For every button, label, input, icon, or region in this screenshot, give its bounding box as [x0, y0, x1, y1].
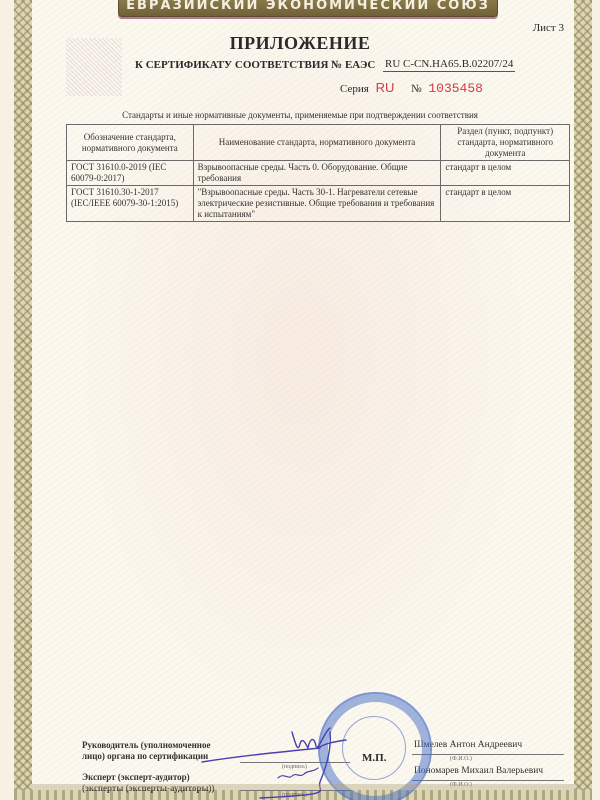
head-label-line2: лицо) органа по сертификации [82, 751, 215, 762]
cell-name: Взрывоопасные среды. Часть 0. Оборудован… [193, 161, 441, 186]
series-label: Серия [340, 83, 369, 95]
expert-name: Пономарев Михаил Валерьевич [414, 766, 543, 776]
cell-name: "Взрывоопасные среды. Часть 30-1. Нагрев… [193, 186, 441, 222]
stamp-place-label: М.П. [362, 752, 386, 764]
table-row: ГОСТ 31610.30-1-2017 (IEC/IEEE 60079-30-… [67, 186, 570, 222]
cell-designation: ГОСТ 31610.30-1-2017 (IEC/IEEE 60079-30-… [67, 186, 194, 222]
cell-section: стандарт в целом [441, 186, 570, 222]
standards-table: Обозначение стандарта, нормативного доку… [66, 124, 570, 222]
cell-section: стандарт в целом [441, 161, 570, 186]
decorative-border-left [14, 0, 32, 800]
certificate-line: К СЕРТИФИКАТУ СООТВЕТСТВИЯ № ЕАЭС [135, 59, 375, 71]
table-row: ГОСТ 31610.0-2019 (IEC 60079-0:2017) Взр… [67, 161, 570, 186]
series-code: RU [376, 80, 395, 95]
column-header-name: Наименование стандарта, нормативного док… [193, 125, 441, 161]
column-header-section: Раздел (пункт, подпункт) стандарта, норм… [441, 125, 570, 161]
union-banner: ЕВРАЗИЙСКИЙ ЭКОНОМИЧЕСКИЙ СОЮЗ [118, 0, 498, 17]
page-bottom-edge [32, 784, 574, 790]
stamp-inner-ring [342, 716, 406, 780]
table-header-row: Обозначение стандарта, нормативного доку… [67, 125, 570, 161]
column-header-designation: Обозначение стандарта, нормативного доку… [67, 125, 194, 161]
table-caption: Стандарты и иные нормативные документы, … [0, 110, 600, 120]
certificate-number: RU C-CN.НА65.В.02207/24 [383, 58, 515, 72]
expert-label-line1: Эксперт (эксперт-аудитор) [82, 772, 215, 783]
series-line: Серия RU № 1035458 [340, 80, 483, 96]
serial-label: № [411, 83, 422, 95]
decorative-border-right [574, 0, 592, 800]
expert-name-line [412, 780, 564, 781]
head-label-line1: Руководитель (уполномоченное [82, 740, 215, 751]
head-name-caption: (Ф.И.О.) [450, 756, 472, 762]
cell-designation: ГОСТ 31610.0-2019 (IEC 60079-0:2017) [67, 161, 194, 186]
serial-number: 1035458 [428, 81, 483, 96]
page-title: ПРИЛОЖЕНИЕ [0, 33, 600, 54]
head-name-line [412, 754, 564, 755]
